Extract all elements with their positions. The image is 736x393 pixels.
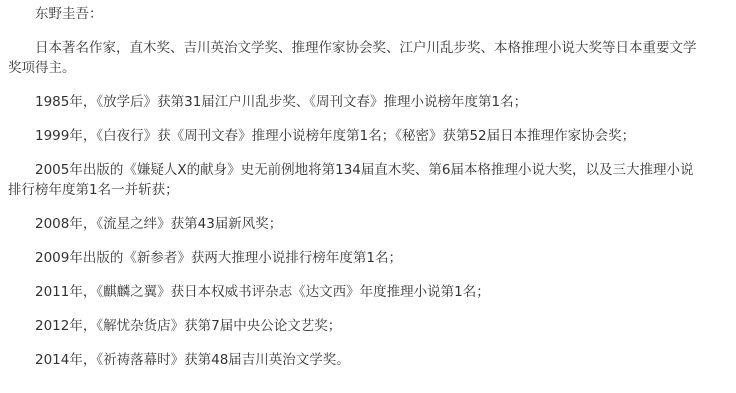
author-intro-paragraph: 日本著名作家，直木奖、吉川英治文学奖、推理作家协会奖、江户川乱步奖、本格推理小说… [8, 38, 698, 78]
award-2009-paragraph: 2009年出版的《新参者》获两大推理小说排行榜年度第1名； [8, 248, 698, 268]
award-2014-paragraph: 2014年，《祈祷落幕时》获第48届吉川英治文学奖。 [8, 350, 698, 370]
award-1999-paragraph: 1999年，《白夜行》获《周刊文春》推理小说榜年度第1名；《秘密》获第52届日本… [8, 126, 698, 146]
award-2012-paragraph: 2012年，《解忧杂货店》获第7届中央公论文艺奖； [8, 316, 698, 336]
award-2011-paragraph: 2011年，《麒麟之翼》获日本权威书评杂志《达文西》年度推理小说第1名； [8, 282, 698, 302]
award-2005-paragraph: 2005年出版的《嫌疑人X的献身》史无前例地将第134届直木奖、第6届本格推理小… [8, 160, 698, 200]
article-body: 东野圭吾： 日本著名作家，直木奖、吉川英治文学奖、推理作家协会奖、江户川乱步奖、… [0, 0, 704, 370]
award-2008-paragraph: 2008年，《流星之绊》获第43届新风奖； [8, 214, 698, 234]
award-1985-paragraph: 1985年，《放学后》获第31届江户川乱步奖、《周刊文春》推理小说榜年度第1名； [8, 92, 698, 112]
author-heading: 东野圭吾： [8, 4, 698, 24]
